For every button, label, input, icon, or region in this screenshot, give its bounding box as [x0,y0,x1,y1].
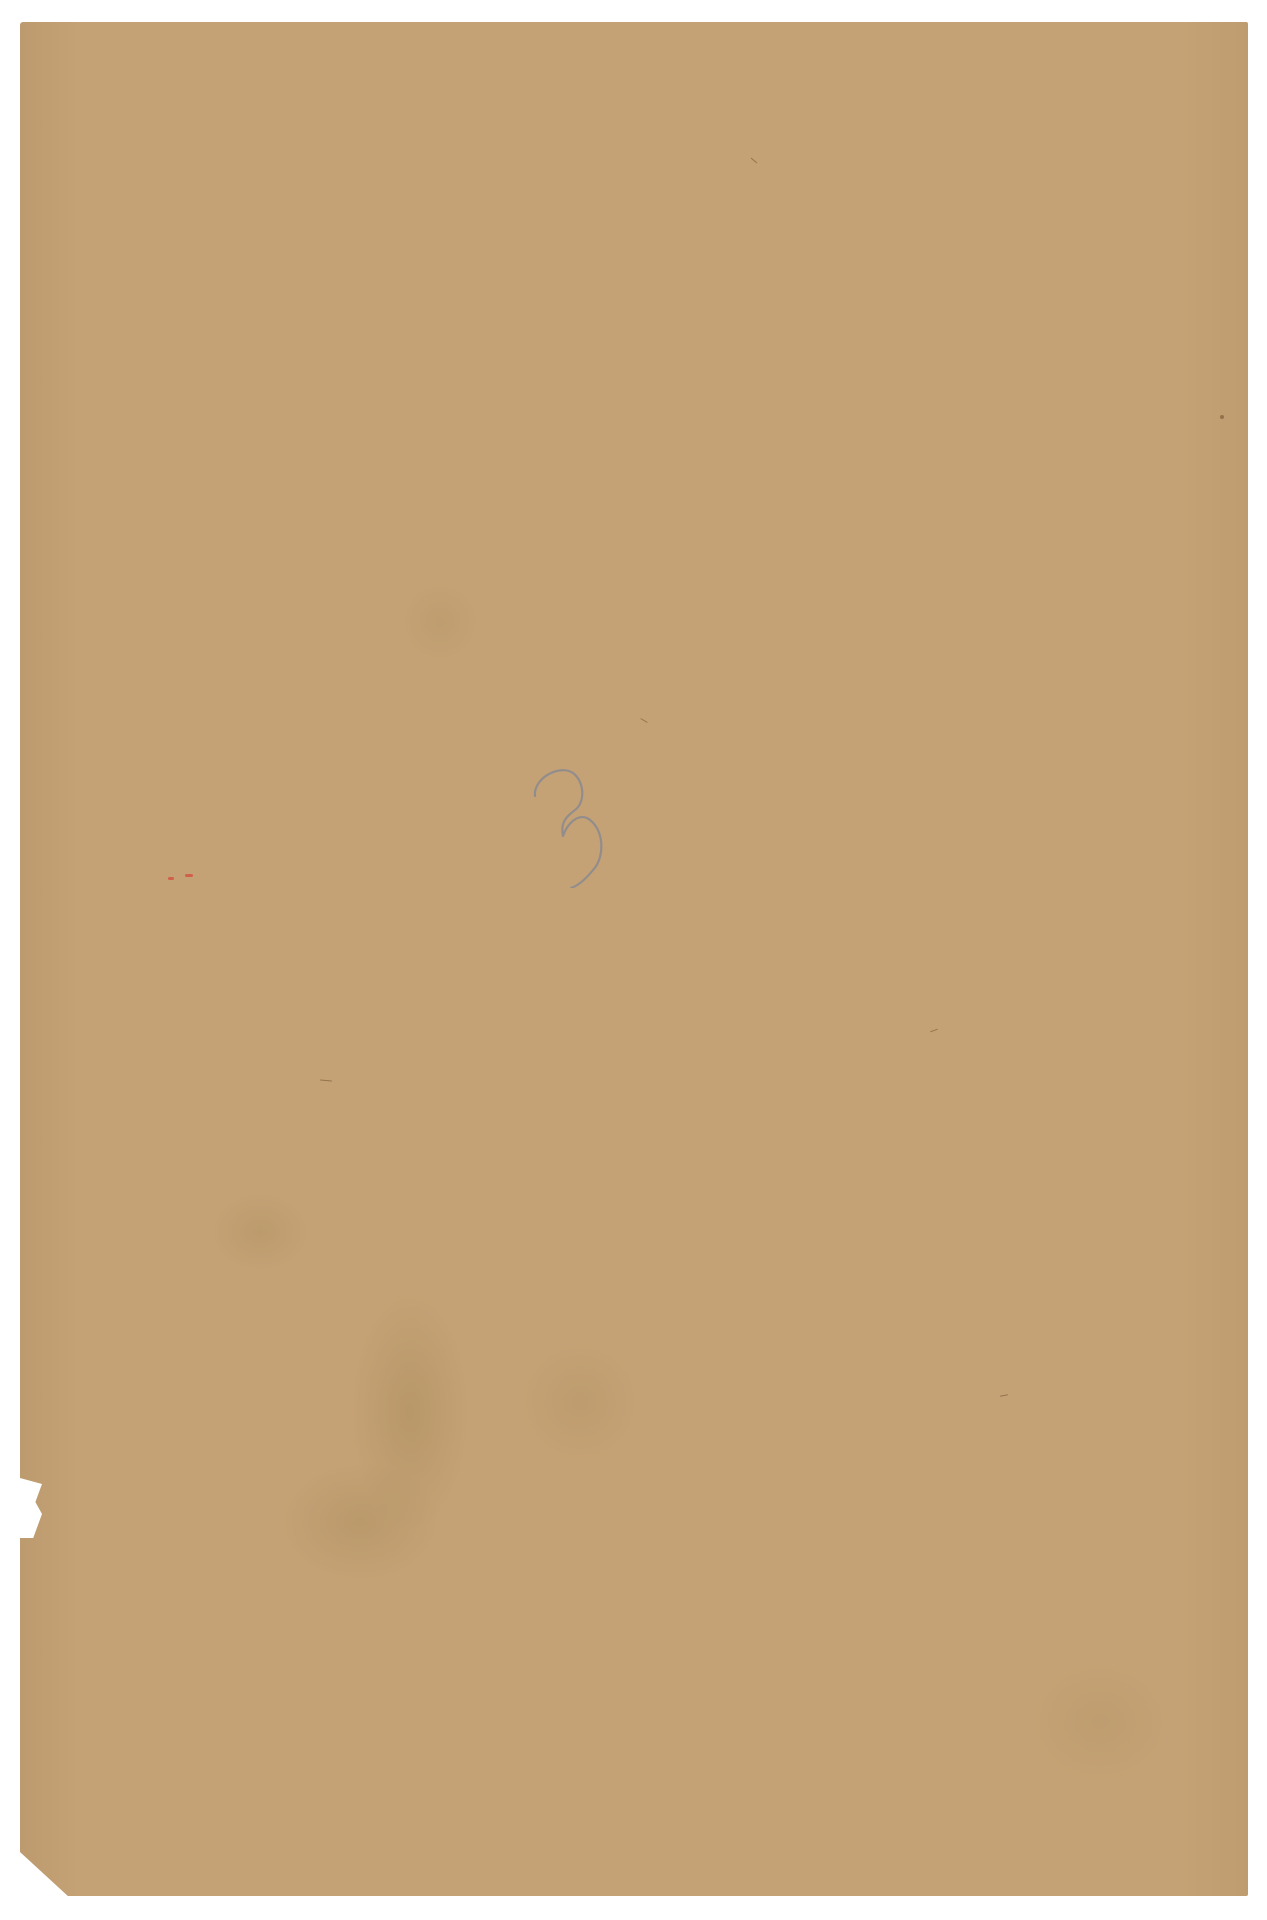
red-ink-speck [168,877,174,880]
red-ink-speck [185,874,193,877]
pencil-numeral-three [505,748,615,888]
handwritten-page-number: 3 [505,748,615,888]
paper-fleck [1220,415,1224,419]
paper-page [20,22,1248,1896]
